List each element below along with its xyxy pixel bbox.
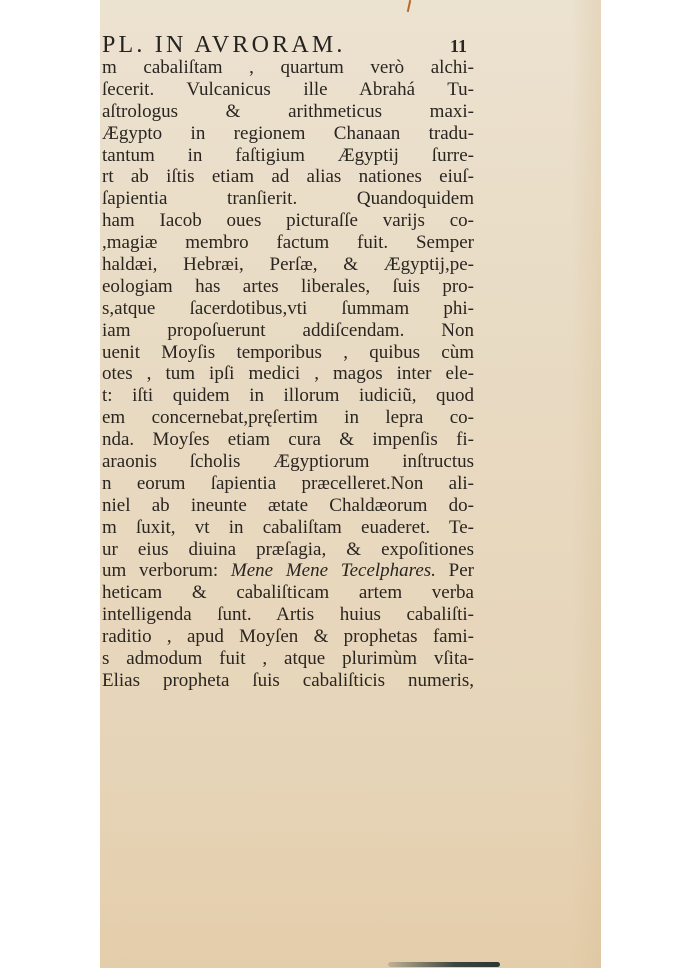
text-line: araonis ſcholis Ægyptiorum inſtructus	[102, 451, 474, 473]
text-line: niel ab ineunte ætate Chaldæorum do-	[102, 495, 474, 517]
text-line: haldæi, Hebræi, Perſæ, & Ægyptij,pe-	[102, 254, 474, 276]
text-line: eologiam has artes liberales, ſuis pro-	[102, 276, 474, 298]
text-line: ſecerit. Vulcanicus ille Abrahá Tu-	[102, 79, 474, 101]
text-line: nda. Moyſes etiam cura & impenſis fi-	[102, 429, 474, 451]
text-segment: Per	[436, 560, 474, 581]
text-line: Ægypto in regionem Chanaan tradu-	[102, 123, 474, 145]
text-line: rt ab iſtis etiam ad alias nationes eiuſ…	[102, 166, 474, 188]
text-line: aſtrologus & arithmeticus maxi-	[102, 101, 474, 123]
text-line: s,atque ſacerdotibus,vti ſummam phi-	[102, 298, 474, 320]
running-head: PL. IN AVRORAM.	[102, 32, 482, 58]
text-line: ſapientia tranſierit. Quandoquidem	[102, 188, 474, 210]
text-line: ur eius diuina præſagia, & expoſitiones	[102, 539, 474, 561]
text-line: tantum in faſtigium Ægyptij ſurre-	[102, 145, 474, 167]
book-page: PL. IN AVRORAM. 11 m cabaliſtam , quartu…	[100, 0, 601, 968]
text-line: m ſuxit, vt in cabaliſtam euaderet. Te-	[102, 517, 474, 539]
text-line: n eorum ſapientia præcelleret.Non ali-	[102, 473, 474, 495]
text-line: iam propoſuerunt addiſcendam. Non	[102, 320, 474, 342]
page-number: 11	[450, 36, 467, 57]
ink-stain	[407, 0, 411, 12]
text-line: t: iſti quidem in illorum iudiciũ, quod	[102, 385, 474, 407]
italic-phrase: Mene Mene Tecelphares.	[231, 560, 436, 581]
text-line: em concernebat,pręſertim in lepra co-	[102, 407, 474, 429]
text-line: heticam & cabaliſticam artem verba	[102, 582, 474, 604]
text-segment: um verborum:	[102, 560, 231, 581]
text-line: Elias propheta ſuis cabaliſticis numeris…	[102, 670, 474, 692]
text-line: intelligenda ſunt. Artis huius cabaliſti…	[102, 604, 474, 626]
page-smudge	[388, 962, 500, 967]
text-line: s admodum fuit , atque plurimùm vſita-	[102, 648, 474, 670]
text-line: uenit Moyſis temporibus , quibus cùm	[102, 342, 474, 364]
text-line: m cabaliſtam , quartum verò alchi-	[102, 57, 474, 79]
body-text: m cabaliſtam , quartum verò alchi- ſecer…	[102, 57, 474, 692]
text-line: raditio , apud Moyſen & prophetas fami-	[102, 626, 474, 648]
text-line: otes , tum ipſi medici , magos inter ele…	[102, 363, 474, 385]
text-line: ,magiæ membro factum fuit. Semper	[102, 232, 474, 254]
text-line: ham Iacob oues picturaſſe varijs co-	[102, 210, 474, 232]
text-line-with-italic: um verborum: Mene Mene Tecelphares. Per	[102, 560, 474, 582]
